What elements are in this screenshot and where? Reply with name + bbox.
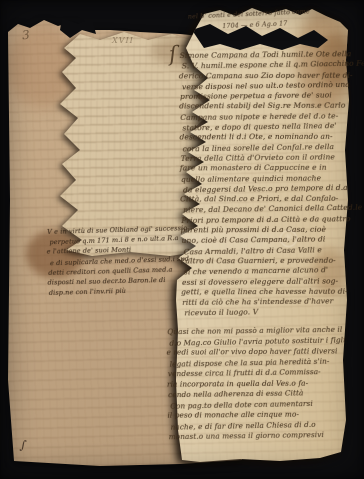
flourish-mark: 3 [21,28,30,43]
manuscript-photo: ® nel b' conti e del sotterro fatto come… [0,0,364,479]
margin-annotation: V e in virtù di sue Olibiand ogi' succes… [47,223,190,298]
initial-flourish: ſ [168,42,177,66]
numeral-mark: XVII [112,36,134,45]
main-text-block: Simone Campana da Todi humil.te Ote dell… [180,49,364,319]
second-paragraph-block: Quasi che non mi passò a miglior vita an… [167,325,345,443]
